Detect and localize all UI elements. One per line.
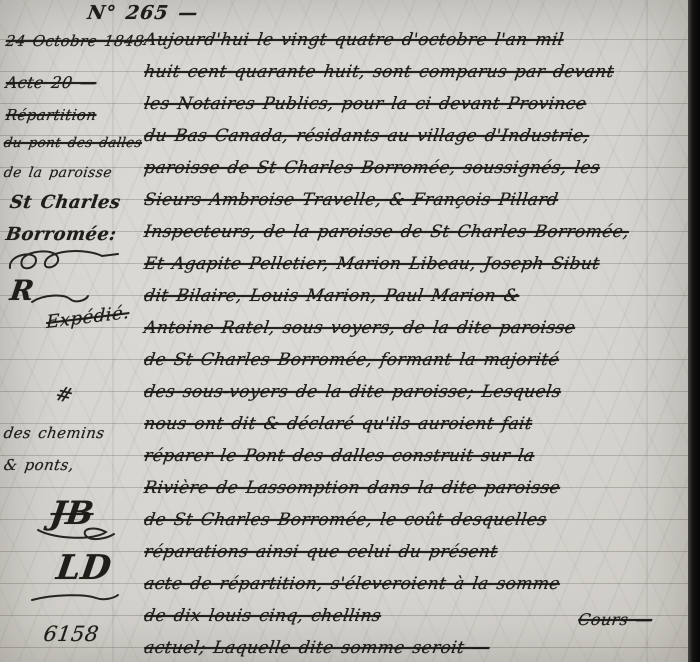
body-line: de St Charles Borromée, formant la major… (142, 344, 561, 376)
cours-note: Cours — (576, 604, 654, 636)
body-line: dit Bilaire, Louis Marion, Paul Marion & (142, 280, 522, 312)
body-line: actuel; Laquelle dite somme seroit — (142, 632, 492, 662)
paraphe-loops-icon (6, 248, 126, 276)
body-line: Rivière de Lassomption dans la dite paro… (142, 472, 562, 504)
paraphe-ld: LD (54, 548, 114, 588)
margin-acte-label: Acte 20 — (4, 70, 98, 96)
body-line: du Bas Canada, résidants au village d'In… (142, 120, 592, 152)
paper-crease (646, 0, 648, 662)
body-line: paroisse de St Charles Borromée, soussig… (142, 152, 602, 184)
margin-chemins-line: des chemins (2, 420, 106, 446)
body-line: de dix louis cinq, chellins (142, 600, 383, 632)
body-line: Et Agapite Pelletier, Marion Libeau, Jos… (142, 248, 602, 280)
margin-chemins-line: & ponts, (2, 452, 76, 478)
folio-number: 6158 (42, 622, 100, 646)
body-line: des sous-voyers de la dite paroisse; Les… (142, 376, 563, 408)
body-line: réparations ainsi que celui du présent (142, 536, 500, 568)
body-line: Antoine Ratel, sous voyers, de la dite p… (142, 312, 577, 344)
body-line: Inspecteurs, de la paroisse de St Charle… (142, 216, 631, 248)
margin-date: 24 Octobre 1848 (4, 28, 146, 54)
body-line: réparer le Pont des dalles construit sur… (142, 440, 537, 472)
margin-title-line: St Charles (8, 190, 122, 216)
margin-title-line: de la paroisse (2, 160, 114, 186)
margin-title-line: Répartition (4, 102, 98, 128)
body-line: acte de répartition, s'éleveroient à la … (142, 568, 562, 600)
paraphe-jb-swash-icon (36, 524, 116, 542)
paraphe-ld-swash-icon (30, 592, 120, 604)
body-line: huit cent quarante huit, sont comparus p… (142, 56, 616, 88)
body-line: nous ont dit & déclaré qu'ils auroient f… (142, 408, 534, 440)
act-number: N° 265 — (86, 2, 200, 24)
paper-crease (112, 0, 114, 662)
body-line: les Notaires Publics, pour la ci devant … (142, 88, 589, 120)
page-edge-shadow (688, 0, 700, 662)
margin-title-line: du pont des dalles (2, 130, 144, 156)
body-line: Sieurs Ambroise Travelle, & François Pil… (142, 184, 560, 216)
paraphe-r-swash-icon (30, 292, 90, 306)
manuscript-page: N° 265 — 24 Octobre 1848 Acte 20 — Répar… (0, 0, 700, 662)
body-line: de St Charles Borromée, le coût desquell… (142, 504, 549, 536)
margin-title-line: Borromée: (4, 222, 118, 248)
body-line: Aujourd'hui le vingt quatre d'octobre l'… (142, 24, 566, 56)
